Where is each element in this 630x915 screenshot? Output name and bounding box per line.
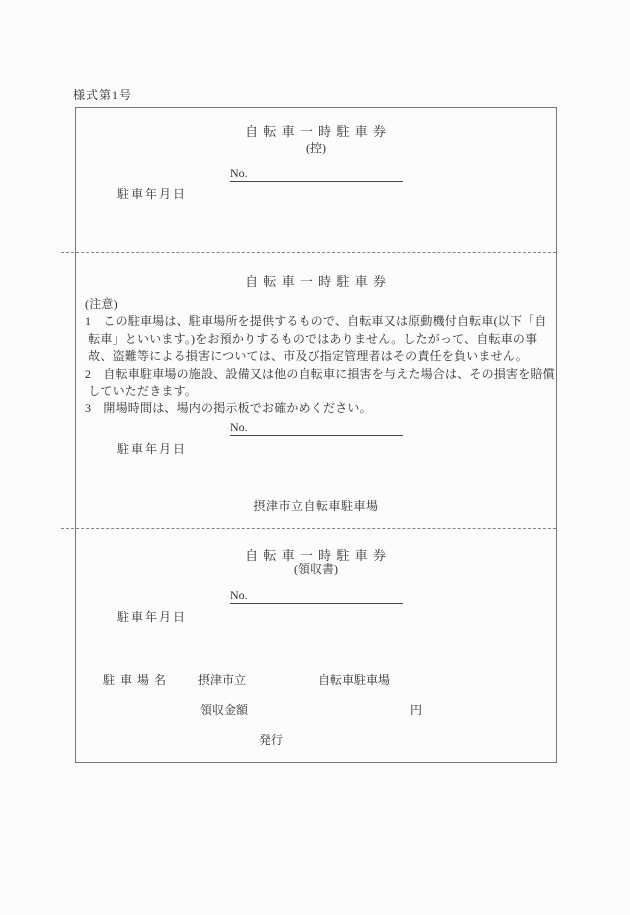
lot-name-prefix: 摂津市立 (198, 671, 246, 688)
notice-line-5: していただきます。 (85, 383, 550, 400)
notice-line-3: 故、盗難等による損害については、市及び指定管理者はその責任を負いません。 (85, 348, 550, 365)
form-number-label: 様式第1号 (73, 86, 132, 103)
notice-line-1: 1 この駐車場は、駐車場所を提供するもので、自転車又は原動機付自転車(以下「自 (85, 313, 550, 330)
main-number-label: No. (230, 420, 248, 434)
perforation-line-top (61, 252, 556, 253)
stub-date-label: 駐車年月日 (117, 185, 187, 202)
receipt-subtitle: (領収書) (75, 560, 557, 577)
main-date-label: 駐車年月日 (117, 440, 187, 457)
main-number-field: No. (230, 420, 403, 436)
stub-subtitle: (控) (75, 139, 557, 156)
document-page: 様式第1号 自 転 車 一 時 駐 車 券 (控) No. 駐車年月日 自 転 … (0, 0, 630, 915)
receipt-number-label: No. (230, 588, 248, 602)
perforation-line-bottom (61, 528, 556, 529)
receipt-number-field: No. (230, 588, 403, 604)
notice-line-6: 3 開場時間は、場内の掲示板でお確かめください。 (85, 400, 550, 417)
issuer-name: 摂津市立自転車駐車場 (75, 497, 557, 514)
stub-title: 自 転 車 一 時 駐 車 券 (75, 121, 557, 140)
lot-name-label: 駐 車 場 名 (103, 671, 167, 688)
notice-line-2: 転車」といいます。)をお預かりするものではありません。したがって、自転車の事 (85, 331, 550, 348)
receipt-date-label: 駐車年月日 (117, 608, 187, 625)
main-ticket-title: 自 転 車 一 時 駐 車 券 (75, 271, 557, 290)
notice-line-4: 2 自転車駐車場の施設、設備又は他の自転車に損害を与えた場合は、その損害を賠償 (85, 366, 550, 383)
currency-label: 円 (410, 701, 422, 718)
notice-block: (注意) 1 この駐車場は、駐車場所を提供するもので、自転車又は原動機付自転車(… (85, 296, 550, 418)
amount-label: 領収金額 (200, 701, 248, 718)
stub-number-field: No. (230, 166, 403, 182)
issued-by-label: 発行 (259, 731, 283, 748)
notice-heading: (注意) (85, 296, 550, 313)
stub-number-label: No. (230, 166, 248, 180)
lot-name-suffix: 自転車駐車場 (318, 671, 390, 688)
